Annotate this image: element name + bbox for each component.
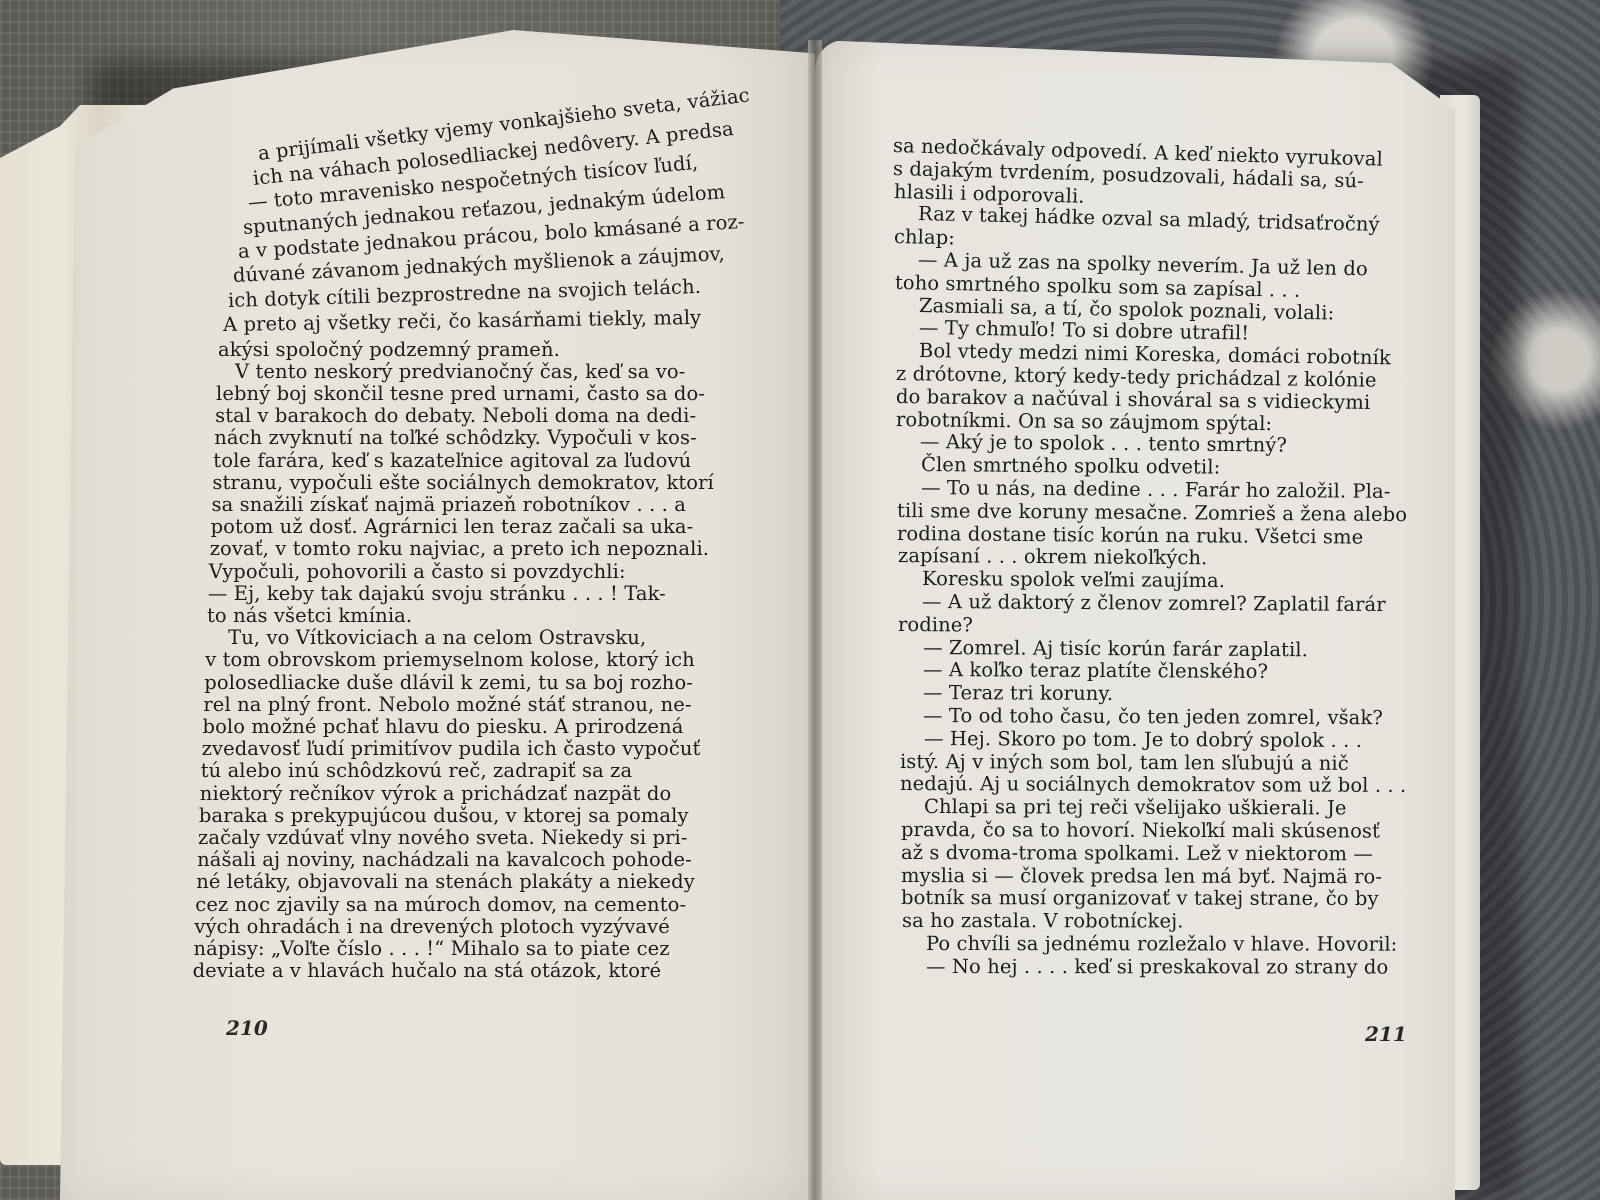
text-line: botník sa musí organizovať v takej stran…: [901, 886, 1379, 910]
text-line: až s dvoma-troma spolkami. Lež v niektor…: [901, 841, 1373, 865]
text-line: V tento neskorý predvianočný čas, keď sa…: [235, 360, 685, 383]
text-line: — Ej, keby tak dajakú svoju stránku . . …: [208, 582, 666, 605]
text-line: niektorý rečníkov výrok a prichádzať naz…: [200, 782, 672, 805]
text-line: sa snažili získať najmä priazeň robotník…: [212, 493, 687, 516]
text-line: polosedliacke duše dlávil k zemi, tu sa …: [204, 671, 693, 694]
book-gutter: [808, 40, 822, 1200]
text-line: zvedavosť ľudí primitívov pudila ich čas…: [202, 737, 701, 760]
text-line: — A koľko teraz platíte členského?: [923, 658, 1268, 683]
right-page-number: 211: [1365, 1022, 1407, 1046]
text-line: — Hej. Skoro po tom. Je to dobrý spolok …: [923, 727, 1361, 752]
text-line: stranu, vypočuli ešte sociálnych demokra…: [212, 471, 714, 494]
text-line: stal v barakoch do debaty. Neboli doma n…: [215, 404, 696, 427]
text-line: istý. Aj v iných som bol, tam len sľubuj…: [900, 750, 1349, 775]
text-line: to nás všetci kmínia.: [207, 604, 412, 627]
text-line: — A už daktorý z členov zomrel? Zaplatil…: [922, 590, 1386, 616]
left-page-number: 210: [226, 1016, 268, 1040]
text-line: nápisy: „Voľte číslo . . . !“ Mihalo sa …: [194, 937, 670, 960]
text-line: potom už dosť. Agrárnici len teraz začal…: [211, 515, 694, 538]
text-line: začaly vzdúvať vlny nového sveta. Nieked…: [198, 826, 688, 849]
text-line: — To od toho času, čo ten jeden zomrel, …: [923, 704, 1383, 729]
text-line: Tu, vo Vítkoviciach a na celom Ostravsku…: [228, 626, 646, 649]
text-line: vých ohradách i na drevených plotoch vyz…: [194, 915, 669, 938]
text-line: chlap:: [894, 225, 955, 249]
text-line: zovať, v tomto roku najviac, a preto ich…: [210, 537, 709, 560]
text-line: nedajú. Aj u sociálnych demokratov som u…: [900, 772, 1406, 797]
text-line: bolo možné pchať hlavu do piesku. A prir…: [203, 715, 684, 738]
text-line: baraka s prekypujúcou dušou, v ktorej sa…: [199, 804, 689, 827]
text-line: rodine?: [898, 613, 973, 636]
text-line: Chlapi sa pri tej reči všelijako uškiera…: [924, 795, 1347, 819]
text-line: nášali aj noviny, nachádzali na kavalcoc…: [197, 848, 692, 871]
text-line: — Zomrel. Aj tisíc korún farár zaplatil.: [922, 636, 1307, 661]
text-line: Vypočuli, pohovorili a často si povzdych…: [209, 560, 626, 583]
text-line: deviate a v hlavách hučalo na stá otázok…: [193, 959, 662, 982]
text-line: akýsi spoločný podzemný prameň.: [218, 338, 560, 361]
text-line: — No hej . . . . keď si preskakoval zo s…: [926, 955, 1388, 978]
text-line: zapísaní . . . okrem niekoľkých.: [897, 544, 1207, 569]
text-line: Koresku spolok veľmi zaujíma.: [922, 567, 1225, 592]
text-line: myslia si — človek predsa len má byť. Na…: [901, 864, 1382, 888]
text-line: tú alebo inú schôdzkovú reč, zadrapiť sa…: [201, 759, 633, 782]
text-line: nách zvyknutí na toľké schôdzky. Vypočul…: [214, 426, 697, 449]
text-line: sa ho zastala. V robotníckej.: [901, 909, 1183, 932]
text-line: pravda, čo sa to hovorí. Niekoľkí mali s…: [900, 818, 1379, 843]
text-line: Po chvíli sa jednému rozležalo v hlave. …: [926, 932, 1397, 956]
text-line: cez noc zjavily sa na múroch domov, na c…: [195, 893, 686, 916]
text-line: v tom obrovskom priemyselnom kolose, kto…: [205, 648, 695, 671]
text-line: né letáky, objavovali na stenách plakáty…: [196, 870, 695, 893]
text-line: — Teraz tri koruny.: [923, 681, 1113, 705]
text-line: lebný boj skončil tesne pred urnami, čas…: [216, 382, 705, 405]
text-line: rel na plný front. Nebolo možné stáť str…: [203, 693, 691, 716]
text-line: tole farára, keď s kazateľnice agitoval …: [213, 449, 691, 472]
text-line: Člen smrtného spolku odvetil:: [920, 453, 1220, 479]
